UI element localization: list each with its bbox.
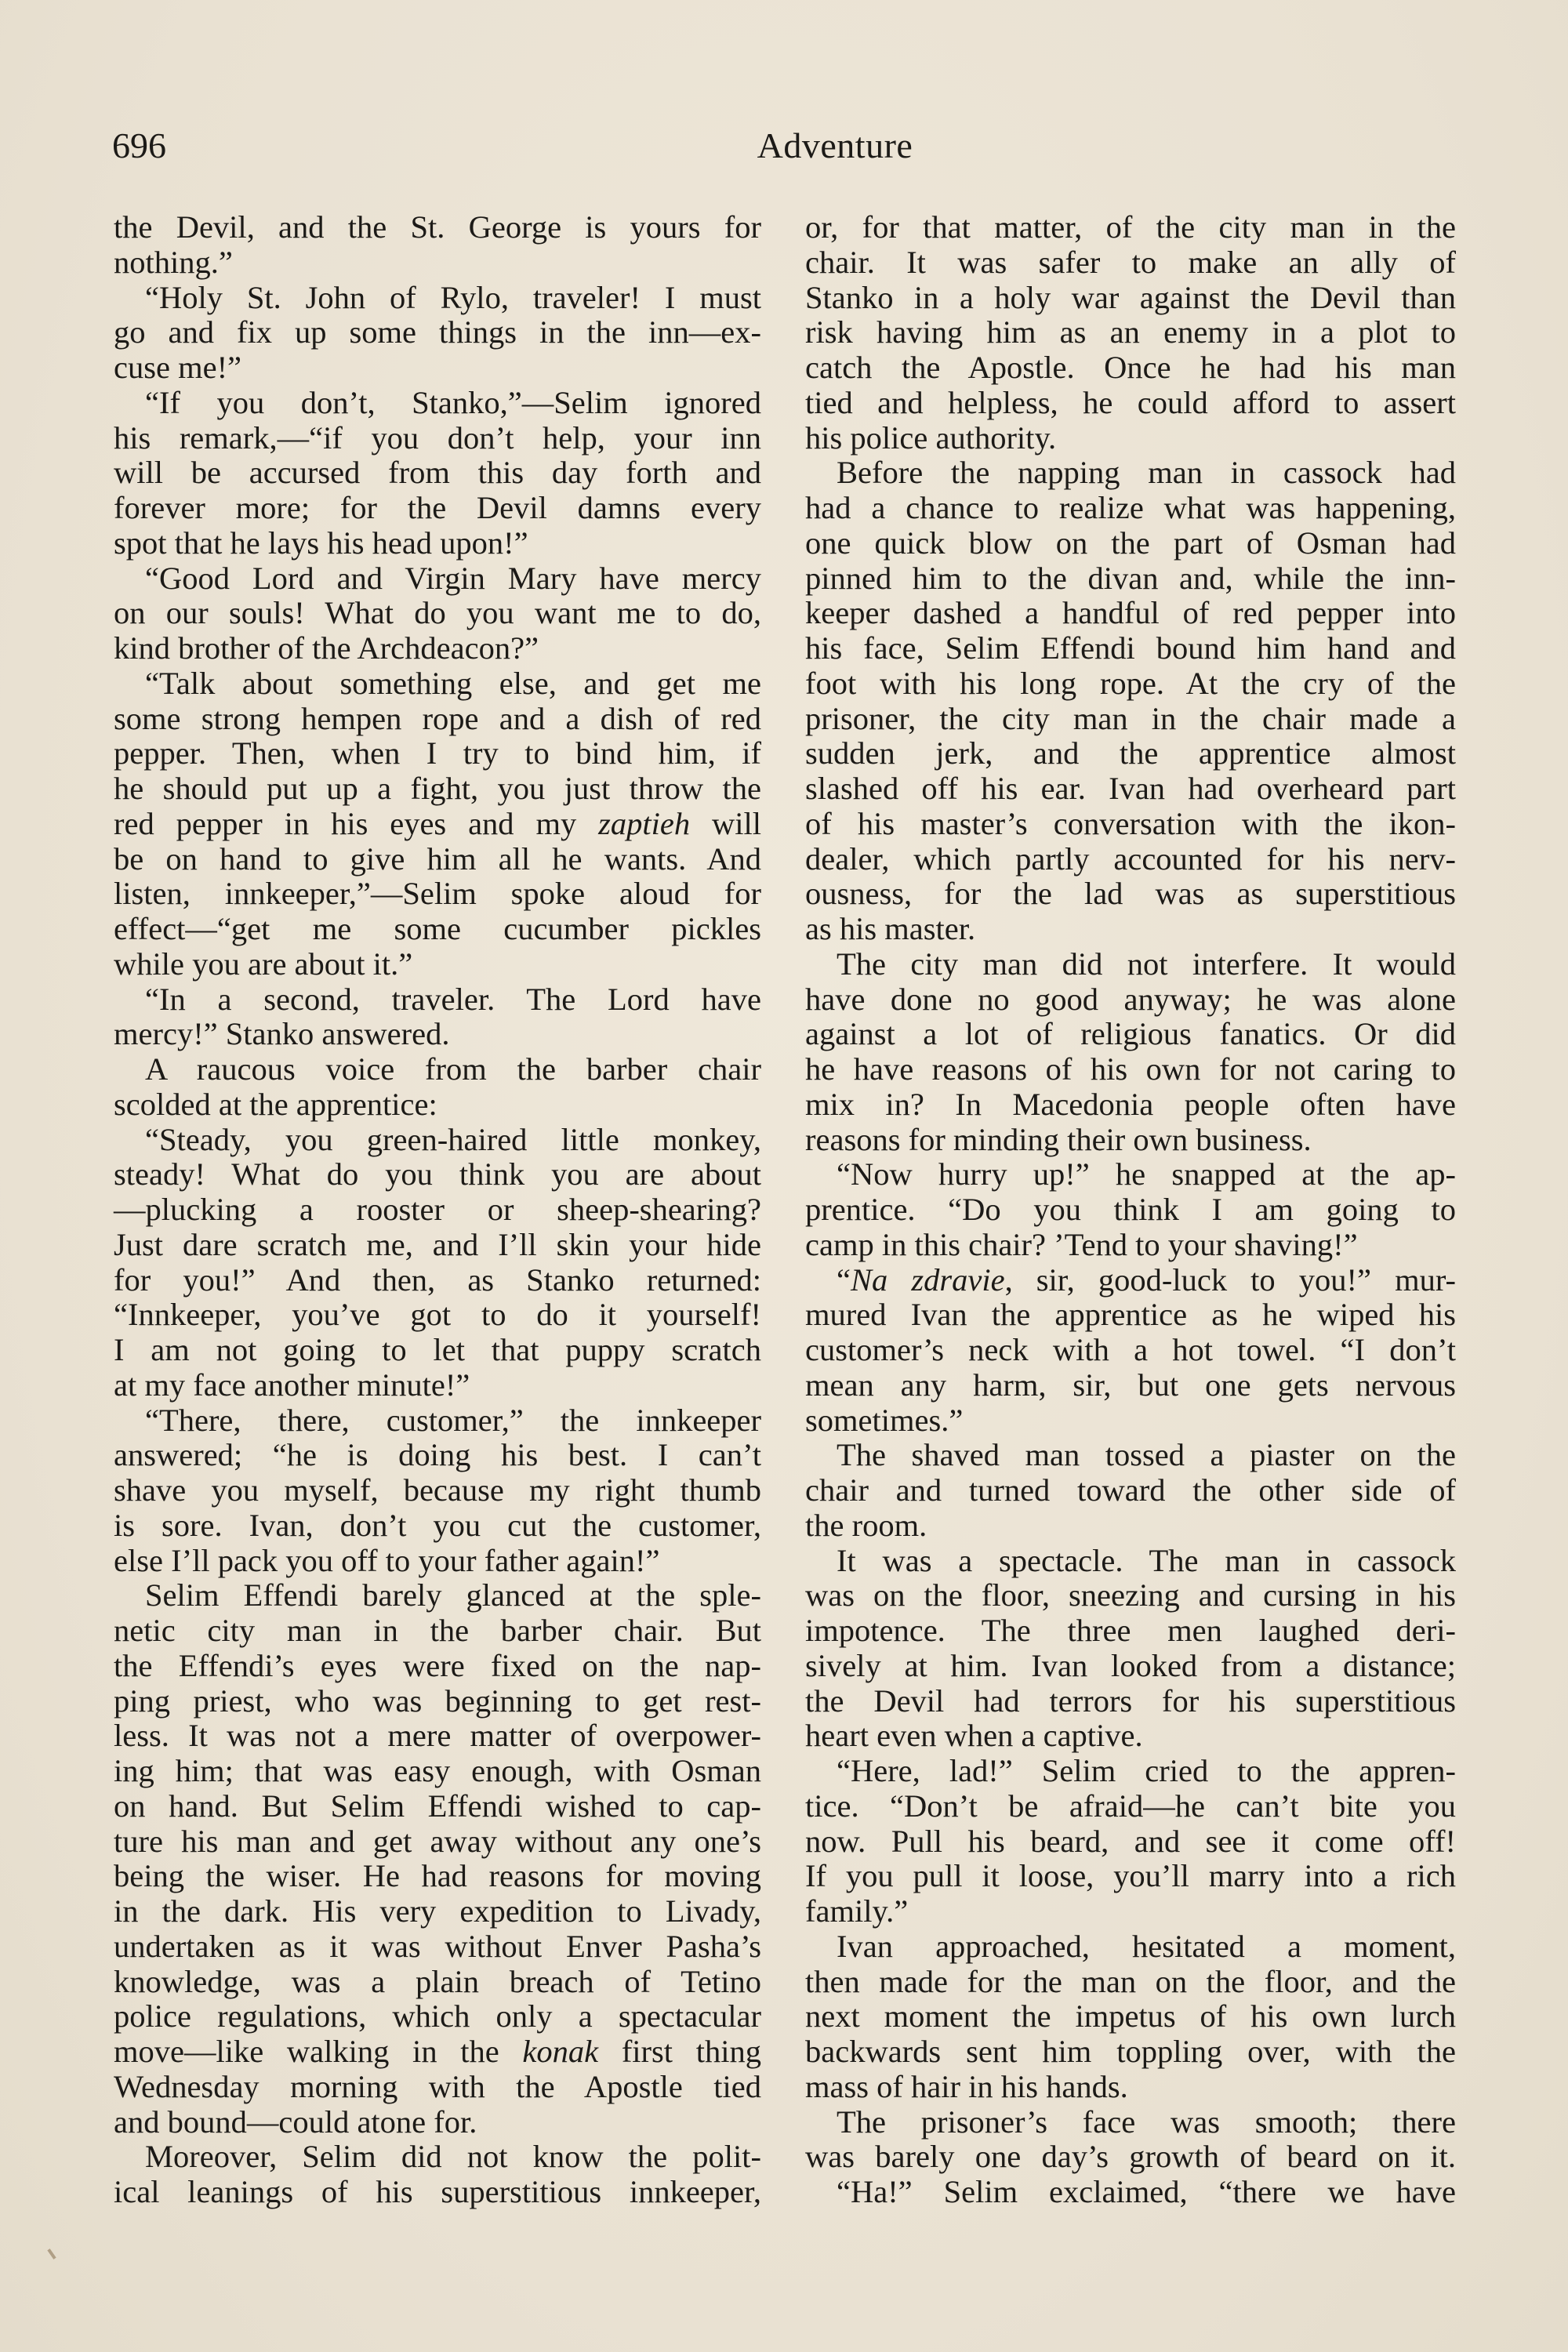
text-line: impotence. The three men laughed deri- [805,1613,1456,1649]
text-line: on hand. But Selim Effendi wished to cap… [114,1789,761,1824]
text-line: catch the Apostle. Once he had his man [805,350,1456,386]
text-line: next moment the impetus of his own lurch [805,1999,1456,2034]
text-line: undertaken as it was without Enver Pasha… [114,1929,761,1965]
italic-term: konak [522,2034,598,2069]
text-line: mix in? In Macedonia people often have [805,1087,1456,1123]
text-line: nothing.” [114,245,761,281]
text-line: his remark,—“if you don’t help, your inn [114,421,761,456]
text-line: cuse me!” [114,350,761,386]
text-line: Ivan approached, hesitated a moment, [805,1929,1456,1965]
right-column: or, for that matter, of the city man in … [805,210,1456,2210]
text-line: he should put up a fight, you just throw… [114,771,761,807]
text-line: “Na zdravie, sir, good-luck to you!” mur… [805,1263,1456,1298]
text-line: have done no good anyway; he was alone [805,982,1456,1018]
text-line: effect—“get me some cucumber pickles [114,912,761,947]
text-line: steady! What do you think you are about [114,1157,761,1192]
text-line: If you pull it loose, you’ll marry into … [805,1859,1456,1894]
text-line: mass of hair in his hands. [805,2070,1456,2105]
text-line: red pepper in his eyes and my zaptieh wi… [114,807,761,842]
text-line: some strong hempen rope and a dish of re… [114,702,761,737]
text-line: police regulations, which only a spectac… [114,1999,761,2034]
text-line: else I’ll pack you off to your father ag… [114,1544,761,1579]
text-line: is sore. Ivan, don’t you cut the custome… [114,1508,761,1544]
text-line: and bound—could atone for. [114,2105,761,2140]
text-line: “Now hurry up!” he snapped at the ap- [805,1157,1456,1192]
text-line: family.” [805,1894,1456,1929]
text-line: I am not going to let that puppy scratch [114,1333,761,1368]
text-line: Just dare scratch me, and I’ll skin your… [114,1228,761,1263]
text-line: chair. It was safer to make an ally of [805,245,1456,281]
text-line: knowledge, was a plain breach of Tetino [114,1965,761,2000]
text-line: backwards sent him toppling over, with t… [805,2034,1456,2070]
text-line: answered; “he is doing his best. I can’t [114,1438,761,1473]
text-line: ping priest, who was beginning to get re… [114,1684,761,1719]
text-line: in the dark. His very expedition to Liva… [114,1894,761,1929]
text-line: chair and turned toward the other side o… [805,1473,1456,1508]
text-line: customer’s neck with a hot towel. “I don… [805,1333,1456,1368]
text-line: was barely one day’s growth of beard on … [805,2140,1456,2175]
text-line: Before the napping man in cassock had [805,456,1456,491]
text-line: while you are about it.” [114,947,761,982]
left-column: the Devil, and the St. George is yours f… [114,210,761,2210]
text-line: go and fix up some things in the inn—ex- [114,315,761,350]
text-line: will be accursed from this day forth and [114,456,761,491]
text-line: be on hand to give him all he wants. And [114,842,761,877]
text-line: netic city man in the barber chair. But [114,1613,761,1649]
text-line: “Talk about something else, and get me [114,666,761,702]
text-line: as his master. [805,912,1456,947]
text-line: pepper. Then, when I try to bind him, if [114,736,761,771]
text-line: being the wiser. He had reasons for movi… [114,1859,761,1894]
text-line: against a lot of religious fanatics. Or … [805,1017,1456,1052]
text-line: at my face another minute!” [114,1368,761,1403]
text-line: The city man did not interfere. It would [805,947,1456,982]
text-line: was on the floor, sneezing and cursing i… [805,1578,1456,1613]
text-line: the Devil, and the St. George is yours f… [114,210,761,245]
text-line: scolded at the apprentice: [114,1087,761,1123]
text-line: “There, there, customer,” the innkeeper [114,1403,761,1439]
text-line: the Effendi’s eyes were fixed on the nap… [114,1649,761,1684]
running-title: Adventure [0,124,1568,168]
text-line: mercy!” Stanko answered. [114,1017,761,1052]
text-line: he have reasons of his own for not carin… [805,1052,1456,1087]
text-line: for you!” And then, as Stanko returned: [114,1263,761,1298]
text-line: sively at him. Ivan looked from a distan… [805,1649,1456,1684]
text-line: tice. “Don’t be afraid—he can’t bite you [805,1789,1456,1824]
text-line: tied and helpless, he could afford to as… [805,386,1456,421]
text-line: sudden jerk, and the apprentice almost [805,736,1456,771]
text-line: “If you don’t, Stanko,”—Selim ignored [114,386,761,421]
text-line: kind brother of the Archdeacon?” [114,631,761,666]
text-line: sometimes.” [805,1403,1456,1439]
text-line: The shaved man tossed a piaster on the [805,1438,1456,1473]
text-line: The prisoner’s face was smooth; there [805,2105,1456,2140]
text-line: slashed off his ear. Ivan had overheard … [805,771,1456,807]
text-line: A raucous voice from the barber chair [114,1052,761,1087]
text-line: ical leanings of his superstitious innke… [114,2175,761,2210]
text-line: had a chance to realize what was happeni… [805,491,1456,526]
text-line: the room. [805,1508,1456,1544]
text-line: then made for the man on the floor, and … [805,1965,1456,2000]
text-line: “Holy St. John of Rylo, traveler! I must [114,281,761,316]
text-line: pinned him to the divan and, while the i… [805,561,1456,597]
text-line: prisoner, the city man in the chair made… [805,702,1456,737]
text-line: Selim Effendi barely glanced at the sple… [114,1578,761,1613]
text-line: his face, Selim Effendi bound him hand a… [805,631,1456,666]
text-line: Wednesday morning with the Apostle tied [114,2070,761,2105]
text-line: “Good Lord and Virgin Mary have mercy [114,561,761,597]
text-line: “Ha!” Selim exclaimed, “there we have [805,2175,1456,2210]
text-line: move—like walking in the konak first thi… [114,2034,761,2070]
text-line: heart even when a captive. [805,1719,1456,1754]
text-line: one quick blow on the part of Osman had [805,526,1456,561]
text-line: Stanko in a holy war against the Devil t… [805,281,1456,316]
text-line: dealer, which partly accounted for his n… [805,842,1456,877]
text-line: shave you myself, because my right thumb [114,1473,761,1508]
text-line: spot that he lays his head upon!” [114,526,761,561]
text-line: his police authority. [805,421,1456,456]
text-line: on our souls! What do you want me to do, [114,596,761,631]
text-line: ture his man and get away without any on… [114,1824,761,1860]
text-line: or, for that matter, of the city man in … [805,210,1456,245]
text-line: reasons for minding their own business. [805,1123,1456,1158]
text-line: listen, innkeeper,”—Selim spoke aloud fo… [114,877,761,912]
text-line: camp in this chair? ’Tend to your shavin… [805,1228,1456,1263]
text-line: “Innkeeper, you’ve got to do it yourself… [114,1298,761,1333]
text-line: keeper dashed a handful of red pepper in… [805,596,1456,631]
text-line: “In a second, traveler. The Lord have [114,982,761,1018]
text-line: mured Ivan the apprentice as he wiped hi… [805,1298,1456,1333]
italic-term: Na zdravie [851,1262,1005,1298]
text-line: “Here, lad!” Selim cried to the appren- [805,1754,1456,1789]
italic-term: zaptieh [598,806,690,841]
text-line: prentice. “Do you think I am going to [805,1192,1456,1228]
text-line: ousness, for the lad was as superstitiou… [805,877,1456,912]
text-line: the Devil had terrors for his superstiti… [805,1684,1456,1719]
text-line: Moreover, Selim did not know the polit- [114,2140,761,2175]
text-line: foot with his long rope. At the cry of t… [805,666,1456,702]
text-line: now. Pull his beard, and see it come off… [805,1824,1456,1860]
text-line: —plucking a rooster or sheep-shearing? [114,1192,761,1228]
text-line: of his master’s conversation with the ik… [805,807,1456,842]
text-line: mean any harm, sir, but one gets nervous [805,1368,1456,1403]
text-line: less. It was not a mere matter of overpo… [114,1719,761,1754]
text-line: “Steady, you green-haired little monkey, [114,1123,761,1158]
text-line: risk having him as an enemy in a plot to [805,315,1456,350]
text-line: It was a spectacle. The man in cassock [805,1544,1456,1579]
text-line: ing him; that was easy enough, with Osma… [114,1754,761,1789]
text-line: forever more; for the Devil damns every [114,491,761,526]
